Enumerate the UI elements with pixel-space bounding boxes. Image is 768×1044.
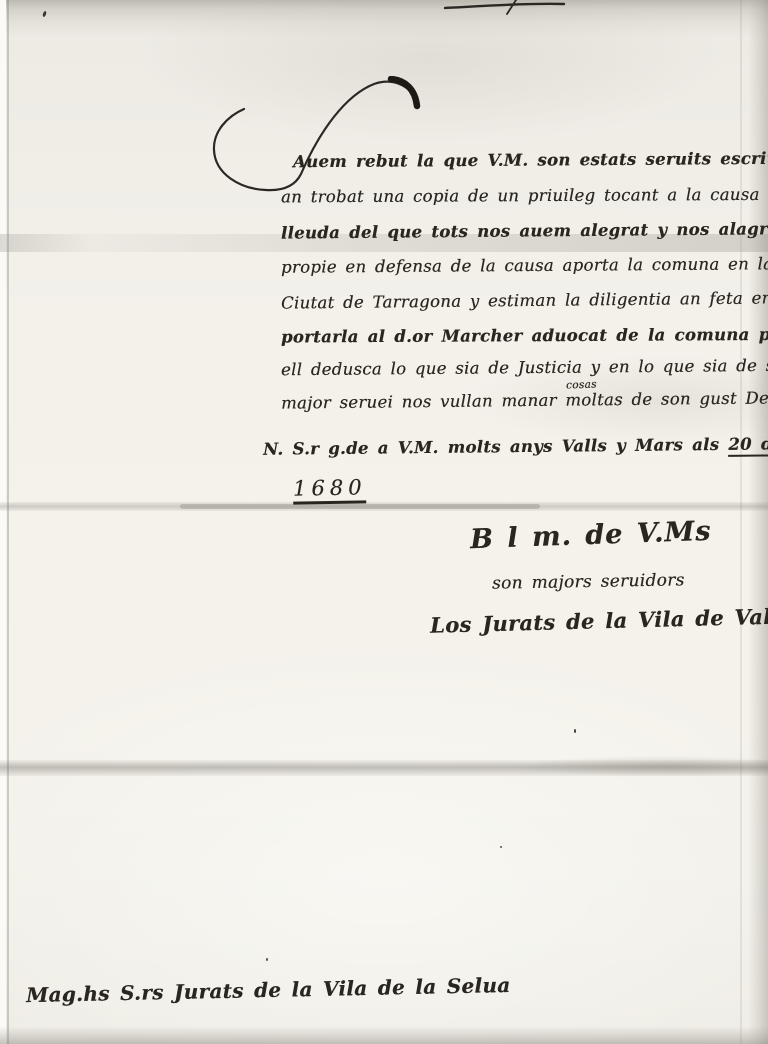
date-line-text: N. S.r g.de a V.M. molts anys Valls y Ma… xyxy=(263,435,719,459)
letter-line: ell dedusca lo que sia de Justicia y en … xyxy=(281,356,768,379)
letter-line: portarla al d.or Marcher aduocat de la c… xyxy=(281,324,768,346)
ink-speck xyxy=(500,846,502,848)
top-edge-shadow xyxy=(0,0,768,38)
letter-line: major seruei nos vullan manar moltas de … xyxy=(281,388,768,412)
letter-line: an trobat una copia de un priuileg tocan… xyxy=(281,185,768,207)
interlinear-insertion: cosas xyxy=(566,378,597,391)
calligraphic-flourish xyxy=(198,76,430,204)
year-text: 1680 xyxy=(293,475,367,504)
left-edge-highlight xyxy=(0,0,6,1044)
letter-line: lleuda del que tots nos auem alegrat y n… xyxy=(281,218,768,242)
ink-speck xyxy=(42,11,47,18)
letter-line: Auem rebut la que V.M. son estats seruit… xyxy=(293,148,768,171)
bottom-edge-shadow xyxy=(0,1026,768,1044)
fold-crease-lower xyxy=(0,760,768,776)
letter-line: Ciutat de Tarragona y estiman la diligen… xyxy=(281,288,768,312)
date-day-underlined: 20 de xyxy=(728,434,768,457)
signature: Los Jurats de la Vila de Valls xyxy=(430,603,768,637)
fold-crease-middle-dark-segment xyxy=(180,504,540,509)
letter-line: propie en defensa de la causa aporta la … xyxy=(281,254,768,276)
invocation-cross-mark xyxy=(440,0,575,18)
left-fold-crease xyxy=(7,0,9,1044)
fold-crease-middle xyxy=(0,502,768,511)
closing-servants: son majors seruidors xyxy=(492,570,685,593)
letter-year: 1680 xyxy=(293,475,367,500)
fold-crease-lower-right-shadow xyxy=(420,752,768,778)
ink-speck xyxy=(574,729,576,733)
letter-date-line: N. S.r g.de a V.M. molts anys Valls y Ma… xyxy=(263,434,768,458)
ink-speck xyxy=(266,958,268,961)
document-scan: Auem rebut la que V.M. son estats seruit… xyxy=(0,0,768,1044)
closing-salute: B l m. de V.Ms xyxy=(470,516,712,555)
address-line: Mag.hs S.rs Jurats de la Vila de la Selu… xyxy=(26,973,511,1007)
